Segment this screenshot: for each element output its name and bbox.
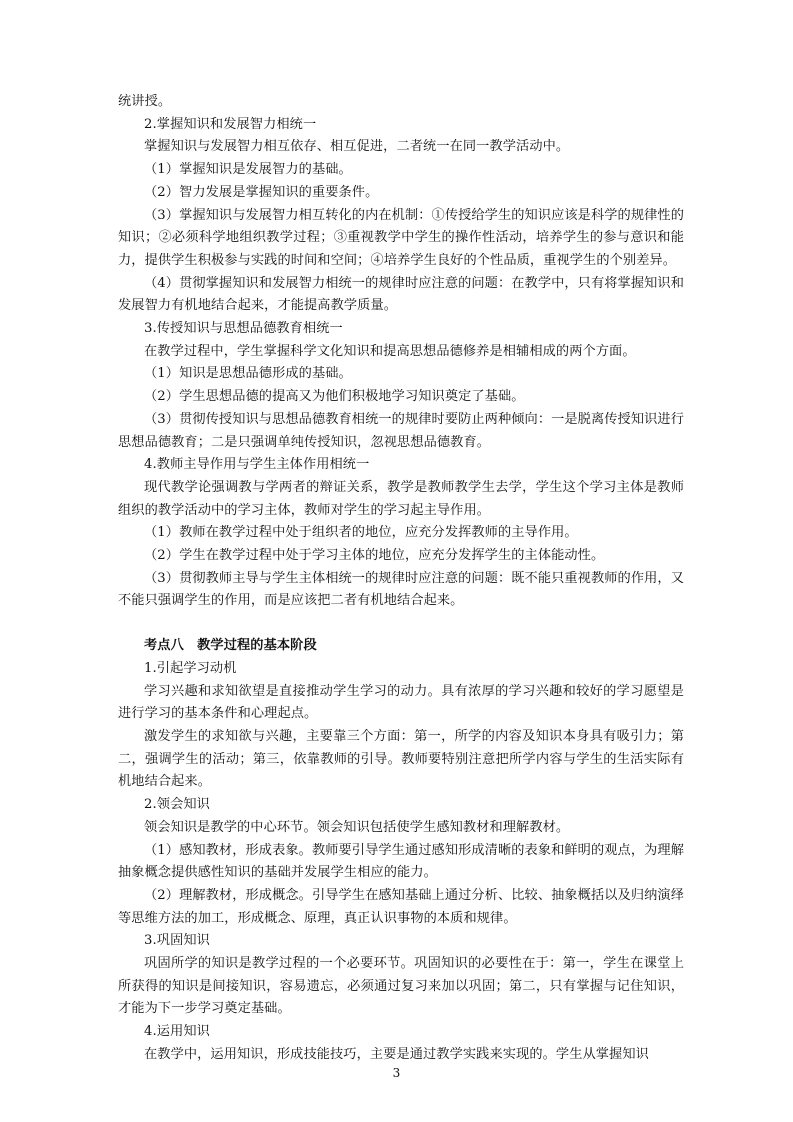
subheading: 3.传授知识与思想品德教育相统一 [118,318,684,341]
paragraph: 现代教学论强调教与学两者的辩证关系，教学是教师教学生去学，学生这个学习主体是教师… [118,477,684,522]
section-spacer [118,613,684,635]
subheading: 4.运用知识 [118,1021,684,1044]
paragraph: 在教学过程中，学生掌握科学文化知识和提高思想品德修养是相辅相成的两个方面。 [118,341,684,364]
paragraph: 巩固所学的知识是教学过程的一个必要环节。巩固知识的必要性在于：第一，学生在课堂上… [118,953,684,1021]
subheading: 4.教师主导作用与学生主体作用相统一 [118,454,684,477]
list-item: （4）贯彻掌握知识和发展智力相统一的规律时应注意的问题：在教学中，只有将掌握知识… [118,273,684,318]
subheading: 2.领会知识 [118,794,684,817]
paragraph: 激发学生的求知欲与兴趣，主要靠三个方面：第一，所学的内容及知识本身具有吸引力；第… [118,726,684,794]
list-item: （1）掌握知识是发展智力的基础。 [118,159,684,182]
subheading: 1.引起学习动机 [118,658,684,681]
paragraph: 在教学中，运用知识，形成技能技巧，主要是通过教学实践来实现的。学生从掌握知识 [118,1044,684,1067]
list-item: （3）贯彻传授知识与思想品德教育相统一的规律时要防止两种倾向：一是脱离传授知识进… [118,409,684,454]
list-item: （2）智力发展是掌握知识的重要条件。 [118,182,684,205]
document-page: 统讲授。 2.掌握知识和发展智力相统一 掌握知识与发展智力相互依存、相互促进，二… [118,91,684,1067]
list-item: （2）学生思想品德的提高又为他们积极地学习知识奠定了基础。 [118,386,684,409]
list-item: （3）掌握知识与发展智力相互转化的内在机制：①传授给学生的知识应该是科学的规律性… [118,205,684,273]
paragraph: 学习兴趣和求知欲望是直接推动学生学习的动力。具有浓厚的学习兴趣和较好的学习愿望是… [118,681,684,726]
list-item: （1）知识是思想品德形成的基础。 [118,363,684,386]
list-item: （2）理解教材，形成概念。引导学生在感知基础上通过分析、比较、抽象概括以及归纳演… [118,885,684,930]
subheading: 3.巩固知识 [118,930,684,953]
list-item: （3）贯彻教师主导与学生主体相统一的规律时应注意的问题：既不能只重视教师的作用，… [118,568,684,613]
paragraph: 掌握知识与发展智力相互依存、相互促进，二者统一在同一教学活动中。 [118,136,684,159]
page-number: 3 [0,1066,793,1080]
paragraph: 领会知识是教学的中心环节。领会知识包括使学生感知教材和理解教材。 [118,817,684,840]
list-item: （1）感知教材，形成表象。教师要引导学生通过感知形成清晰的表象和鲜明的观点，为理… [118,840,684,885]
section-heading: 考点八 教学过程的基本阶段 [118,635,684,658]
paragraph: 统讲授。 [118,91,684,114]
list-item: （1）教师在教学过程中处于组织者的地位，应充分发挥教师的主导作用。 [118,522,684,545]
list-item: （2）学生在教学过程中处于学习主体的地位，应充分发挥学生的主体能动性。 [118,545,684,568]
subheading: 2.掌握知识和发展智力相统一 [118,114,684,137]
